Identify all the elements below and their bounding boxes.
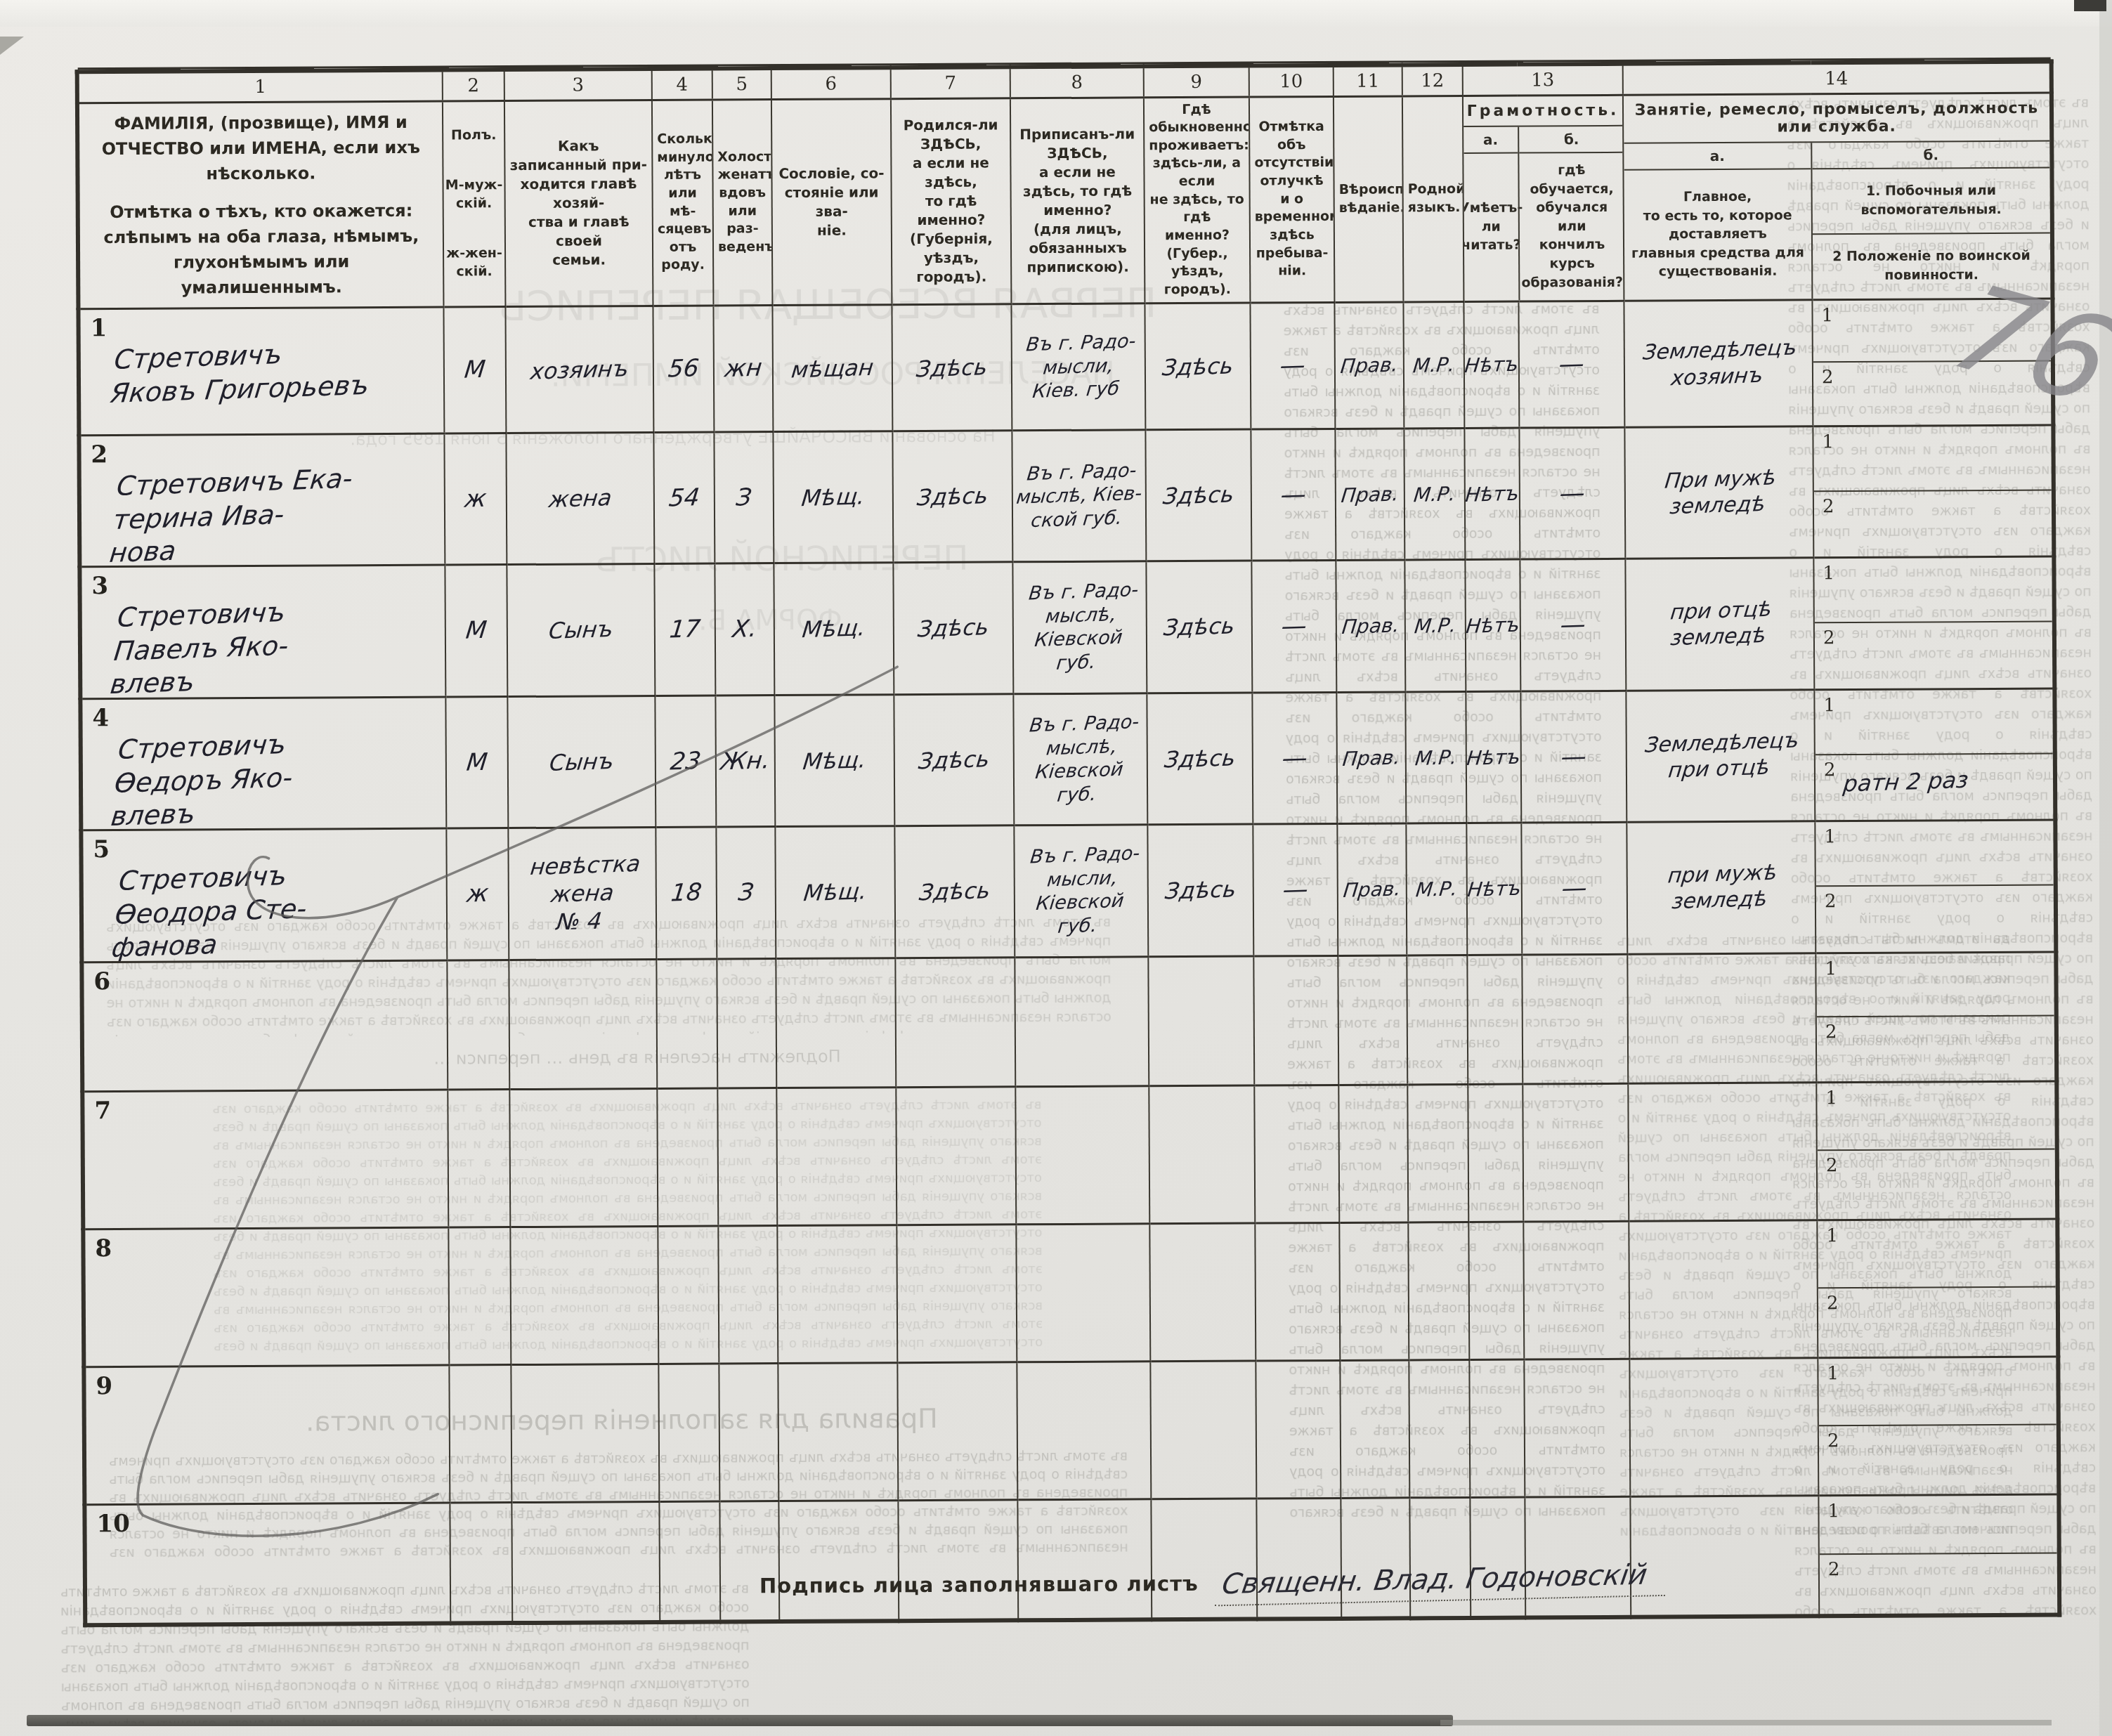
cell-occupation: при мужѣ земледѣ <box>1627 821 1816 954</box>
cell-occupation <box>1627 953 1816 1083</box>
cell-religion <box>1338 955 1407 1085</box>
cell-sex: М <box>445 696 508 828</box>
cell-born: Здѣсь <box>894 825 1015 958</box>
cell-registered: Въ г. Радо- мыслѣ, Кіевской губ. <box>1013 693 1147 825</box>
cell-language: М.Р. <box>1406 823 1467 955</box>
sub-row-label: 2 <box>1824 759 1836 781</box>
column-number: 14 <box>1624 67 2049 90</box>
cell-language <box>1407 955 1468 1084</box>
military-status-subcell: 2 <box>1814 490 2052 556</box>
person-name: Стретовичъ Павелъ Яко- влевъ <box>79 590 445 698</box>
cell-estate <box>776 958 896 1088</box>
cell-marital <box>719 1363 778 1501</box>
sub-row-label: 2 <box>1823 627 1835 648</box>
column-number: 1 <box>79 75 442 98</box>
cell-sex <box>448 1227 511 1364</box>
secondary-occupation-subcell: 1 <box>1818 1220 2056 1288</box>
cell-age <box>656 959 717 1088</box>
cell-resides <box>1149 1085 1255 1224</box>
header-religion-column: Вѣроиспо- вѣданіе. <box>1335 178 1402 220</box>
secondary-occupation-subcell: 1 <box>1816 821 2053 887</box>
sub-row-label: 2 <box>1827 1430 1839 1451</box>
cell-sex: ж <box>444 433 507 564</box>
column-number: 4 <box>653 74 712 95</box>
census-table-header: 1 2 3 4 5 6 7 8 9 10 11 12 13 14 ФАМИЛІЯ… <box>77 62 2053 309</box>
person-name: Стретовичъ Ека- терина Ива- нова <box>79 459 445 567</box>
secondary-occupation-subcell: 1 <box>1815 689 2052 755</box>
cell-estate: Мѣщ. <box>773 431 893 563</box>
cell-religion <box>1340 1360 1409 1498</box>
header-relation-column: Какъ записанный при- ходится главѣ хозяй… <box>505 133 652 273</box>
cell-sex <box>449 1364 511 1502</box>
cell-absence <box>1254 1085 1339 1223</box>
cell-estate: мѣщан <box>772 304 892 431</box>
sub-row-label: 2 <box>1826 1155 1838 1176</box>
sub-row-label: 2 <box>1822 367 1834 388</box>
column-number: 13 <box>1464 70 1622 91</box>
cell-age: 54 <box>653 432 715 563</box>
cell-absence <box>1256 1360 1341 1499</box>
cell-absence: — <box>1250 302 1335 429</box>
cell-registered <box>1016 1223 1150 1362</box>
header-name-column: ФАМИЛІЯ, (прозвище), ИМЯ и ОТЧЕСТВО или … <box>79 105 443 305</box>
cell-reads <box>1468 1222 1524 1359</box>
header-literacy-education: гдѣ обучается, обучался или кончилъ курс… <box>1519 152 1624 300</box>
cell-edu: — <box>1521 822 1627 954</box>
cell-reads <box>1467 955 1523 1084</box>
cell-sex: М <box>445 565 507 696</box>
sub-row-label: 2 <box>1823 496 1834 517</box>
military-status-subcell: 2 <box>1818 1288 2056 1357</box>
cell-age <box>657 1088 718 1226</box>
header-residence-column: Гдѣ обыкновенно проживаетъ: здѣсь-ли, а … <box>1145 98 1250 302</box>
header-text: Полъ. <box>445 126 502 145</box>
header-birthplace-column: Родился-ли ЗДѢСЬ, а если не здѣсь, то гд… <box>892 112 1010 289</box>
cell-relation: невѣстка жена № 4 <box>508 828 656 960</box>
header-occupation-main: Главное, то есть то, которое доставляетъ… <box>1624 169 1811 299</box>
cell-absence: — <box>1251 560 1336 692</box>
cell-resides: Здѣсь <box>1146 561 1252 693</box>
cell-language <box>1407 1084 1468 1222</box>
cell-age: 18 <box>656 827 717 958</box>
census-row: 2Стретовичъ Ека- терина Ива- новажжена54… <box>79 425 2054 567</box>
sub-row-label: 1 <box>1821 305 1833 326</box>
signature-row: Подпись лица заполнявшаго листъ Священн.… <box>760 1569 1667 1605</box>
census-row: 612 <box>82 952 2056 1092</box>
sub-row-label: 2 <box>1825 1022 1837 1043</box>
header-estate-column: Сословіе, со- стояніе или зва- ніе. <box>772 161 891 243</box>
cell-age: 17 <box>654 563 715 695</box>
cell-sex <box>447 960 509 1089</box>
cell-language <box>1408 1222 1469 1359</box>
cell-marital: жн <box>713 305 773 431</box>
cell-born <box>897 1362 1017 1500</box>
column-number: 11 <box>1334 70 1402 92</box>
sub-row-label: 1 <box>1825 1088 1837 1109</box>
sub-row-label: 1 <box>1824 826 1836 847</box>
military-status-subcell: 2 <box>1817 1017 2054 1081</box>
column-number: 8 <box>1011 72 1143 93</box>
cell-marital: З <box>714 431 774 563</box>
header-age-column: Сколько минуло лѣтъ или мѣ- сяцевъ отъ р… <box>653 128 712 278</box>
cell-estate: Мѣщ. <box>774 563 894 695</box>
census-row: 4Стретовичъ Ѳедоръ Яко- влевъМСынъ23Жн.М… <box>80 688 2055 830</box>
cell-relation: Сынъ <box>507 564 655 697</box>
cell-age <box>658 1226 719 1364</box>
scanned-census-sheet: ПЕРВАЯ ВСЕОБЩАЯ ПЕРЕПИСЬ НАСЕЛЕНІЯ РОССІ… <box>0 0 2112 1736</box>
census-row: 3Стретовичъ Павелъ Яко- влевъМСынъ17Х.Мѣ… <box>79 556 2054 698</box>
cell-sex <box>450 1502 512 1621</box>
census-form-table: 1 2 3 4 5 6 7 8 9 10 11 12 13 14 ФАМИЛІЯ… <box>75 60 2062 1628</box>
sub-row-label: 1 <box>1827 1363 1839 1384</box>
cell-language: М.Р. <box>1405 691 1466 823</box>
cell-relation: жена <box>506 432 654 565</box>
header-text: Отмѣтка о тѣхъ, кто окажется: слѣпымъ на… <box>90 197 434 301</box>
cell-occupation: при отцѣ земледѣ <box>1625 558 1814 691</box>
census-row: 1012 <box>84 1494 2059 1626</box>
cell-born: Здѣсь <box>892 430 1012 562</box>
header-sub-label-a: а. <box>1464 126 1518 153</box>
column-header-row: ФАМИЛІЯ, (прозвище), ИМЯ и ОТЧЕСТВО или … <box>77 93 2052 309</box>
column-number: 5 <box>713 74 771 95</box>
cell-age: 23 <box>655 696 716 827</box>
cell-edu <box>1522 954 1628 1084</box>
census-row: 912 <box>84 1357 2059 1505</box>
sheet-content: ПЕРВАЯ ВСЕОБЩАЯ ПЕРЕПИСЬ НАСЕЛЕНІЯ РОССІ… <box>0 0 2112 1736</box>
sub-row-label: 1 <box>1825 958 1837 979</box>
row-number: 9 <box>86 1366 448 1400</box>
header-text: ФАМИЛІЯ, (прозвище), ИМЯ и ОТЧЕСТВО или … <box>102 112 420 183</box>
cell-edu <box>1524 1359 1630 1497</box>
cell-registered <box>1017 1361 1151 1499</box>
sub-row-label: 2 <box>1827 1293 1839 1314</box>
cell-marital <box>717 1088 777 1225</box>
cell-born <box>896 1086 1016 1225</box>
cell-estate <box>777 1225 897 1363</box>
cell-estate: Мѣщ. <box>775 826 895 958</box>
header-occupation-secondary: 1. Побочныя или вспомогательныя. <box>1812 168 2050 235</box>
secondary-occupation-subcell: 1 <box>1814 558 2052 624</box>
cell-language: М.Р. <box>1403 301 1464 428</box>
cell-relation <box>510 1226 658 1364</box>
cell-language: М.Р. <box>1404 428 1465 559</box>
cell-relation <box>509 1088 658 1227</box>
cell-edu: — <box>1520 559 1626 691</box>
column-number: 6 <box>772 73 890 95</box>
cell-sex: ж <box>446 828 509 960</box>
scan-bottom-shadow <box>1440 1720 2052 1725</box>
cell-reads: Нѣтъ <box>1464 428 1520 559</box>
row-number: 6 <box>84 961 446 996</box>
header-marital-column: Холостъ, женатъ, вдовъ или раз- веденъ. <box>713 145 771 259</box>
cell-estate <box>776 1087 897 1225</box>
cell-resides: Здѣсь <box>1147 693 1253 825</box>
header-sub-label-b: б. <box>1519 126 1624 153</box>
header-literacy-read: Умѣетъ- ли читать? <box>1464 153 1518 300</box>
cell-relation <box>509 959 657 1089</box>
military-status-subcell: 2 <box>1820 1554 2057 1614</box>
header-absence-column: Отмѣтка объ отсутствіи, отлучкѣ и о врем… <box>1250 115 1334 283</box>
cell-resides: Здѣсь <box>1145 429 1251 561</box>
cell-reads <box>1468 1084 1523 1222</box>
cell-resides: Здѣсь <box>1147 824 1253 956</box>
military-status-subcell: 2ратн 2 раз <box>1816 754 2053 820</box>
cell-resides <box>1149 1223 1256 1362</box>
person-name: Стретовичъ Ѳеодора Сте- фанова <box>81 854 447 962</box>
sub-row-label: 1 <box>1823 695 1835 716</box>
header-occupation-title: Занятіе, ремесло, промыселъ, должность и… <box>1624 93 2049 143</box>
cell-registered: Въ г. Радо- мысли, Кіев. губ <box>1011 303 1145 430</box>
sub-row-label: 1 <box>1823 563 1834 584</box>
cell-reads <box>1469 1359 1525 1497</box>
cell-religion: Прав. <box>1336 692 1406 824</box>
secondary-occupation-subcell: 1 <box>1818 1357 2056 1426</box>
cell-absence <box>1253 955 1338 1085</box>
cell-religion: Прав. <box>1336 560 1405 692</box>
signature-label: Подпись лица заполнявшаго листъ <box>760 1572 1199 1598</box>
sub-row-label: 1 <box>1826 1225 1838 1246</box>
column-number: 3 <box>505 74 651 96</box>
cell-marital: Х. <box>715 563 774 695</box>
cell-religion: Прав. <box>1335 429 1404 561</box>
row-number: 10 <box>86 1503 449 1538</box>
header-sex-column: Полъ.М-муж- скій.ж-жен- скій. <box>443 119 504 288</box>
header-registration-column: Приписанъ-ли ЗДѢСЬ, а если не здѣсь, то … <box>1011 122 1144 280</box>
cell-sex: М <box>443 306 506 433</box>
cell-absence: — <box>1253 823 1338 955</box>
cell-age <box>658 1364 719 1501</box>
header-literacy-column: Грамотность. а. Умѣетъ- ли читать? б. гд… <box>1464 96 1624 300</box>
cell-registered: Въ г. Радо- мысли, Кіевской губ. <box>1014 825 1148 957</box>
secondary-occupation-subcell: 1 <box>1813 426 2051 492</box>
column-number: 10 <box>1250 71 1333 93</box>
cell-born: Здѣсь <box>892 304 1012 431</box>
cell-registered: Въ г. Радо- мыслѣ, Кіев- ской губ. <box>1012 429 1146 561</box>
cell-absence: — <box>1251 429 1336 561</box>
header-sub-label-a: а. <box>1624 143 1811 170</box>
cell-edu <box>1523 1083 1629 1222</box>
cell-occupation: Земледѣлецъ при отцѣ <box>1626 689 1815 822</box>
cell-resides: Здѣсь <box>1145 303 1251 430</box>
census-row: 812 <box>83 1219 2058 1367</box>
cell-sex <box>448 1089 510 1227</box>
cell-military: ратн 2 раз <box>1842 766 1970 798</box>
cell-religion <box>1338 1085 1408 1222</box>
cell-relation <box>511 1364 659 1502</box>
header-language-column: Родной языкъ. <box>1404 178 1463 220</box>
cell-religion: Прав. <box>1337 823 1407 955</box>
header-text: М-муж- скій. <box>445 176 502 213</box>
cell-occupation: При мужѣ земледѣ <box>1624 426 1813 559</box>
cell-language <box>1409 1359 1470 1497</box>
sub-row-label: 2 <box>1825 891 1837 912</box>
cell-born <box>897 1224 1017 1362</box>
cell-occupation <box>1629 1220 1818 1358</box>
header-sub-label-b: б. <box>1812 141 2049 169</box>
cell-occupation <box>1629 1357 1818 1496</box>
secondary-occupation-subcell: 1 <box>1816 953 2054 1017</box>
cell-edu: — <box>1520 691 1627 823</box>
cell-registered <box>1015 956 1149 1086</box>
cell-edu: — <box>1518 301 1624 428</box>
column-number: 2 <box>443 75 504 96</box>
cell-relation <box>511 1501 660 1623</box>
cell-born: Здѣсь <box>893 562 1013 694</box>
census-row: 5Стретовичъ Ѳеодора Сте- фановажневѣстка… <box>81 820 2056 962</box>
cell-relation: хозяинъ <box>505 306 653 433</box>
cell-religion: Прав. <box>1334 302 1404 429</box>
column-number: 12 <box>1403 70 1462 91</box>
cell-absence: — <box>1252 692 1337 824</box>
person-name: Стретовичъ Ѳедоръ Яко- влевъ <box>80 722 446 830</box>
military-status-subcell: 2 <box>1819 1425 2057 1494</box>
cell-estate <box>778 1362 898 1501</box>
cell-resides <box>1148 956 1254 1086</box>
cell-estate: Мѣщ. <box>774 694 894 826</box>
cell-absence <box>1255 1222 1340 1361</box>
cell-marital <box>717 958 776 1088</box>
scan-bottom-shadow <box>27 1715 1453 1726</box>
sub-row-label: 2 <box>1828 1559 1840 1580</box>
column-number: 9 <box>1145 71 1249 93</box>
cell-resides <box>1150 1361 1256 1499</box>
military-status-subcell: 2 <box>1818 1150 2056 1219</box>
column-number: 7 <box>892 72 1010 94</box>
cell-marital <box>718 1225 778 1363</box>
cell-born: Здѣсь <box>894 693 1014 825</box>
military-status-subcell: 2 <box>1815 622 2052 688</box>
sub-row-label: 1 <box>1827 1501 1839 1522</box>
cell-reads: Нѣтъ <box>1464 301 1519 428</box>
cell-age: 56 <box>653 306 714 432</box>
row-number: 7 <box>84 1090 447 1125</box>
cell-marital: З <box>716 827 776 958</box>
header-text: ж-жен- скій. <box>445 244 503 281</box>
cell-registered <box>1015 1085 1149 1224</box>
census-row: 1Стретовичъ Яковъ ГригорьевъМхозяинъ56жн… <box>78 299 2053 436</box>
military-status-subcell: 2 <box>1816 886 2054 952</box>
secondary-occupation-subcell: 1 <box>1817 1082 2055 1151</box>
cell-edu: — <box>1519 427 1625 559</box>
cell-language: М.Р. <box>1404 560 1466 691</box>
header-literacy-title: Грамотность. <box>1464 96 1622 126</box>
cell-relation: Сынъ <box>507 696 656 828</box>
cell-reads: Нѣтъ <box>1466 823 1522 955</box>
cell-marital: Жн. <box>715 695 775 826</box>
cell-age <box>659 1501 720 1621</box>
row-number: 8 <box>85 1228 448 1262</box>
cell-born <box>895 957 1015 1087</box>
cell-reads: Нѣтъ <box>1466 691 1521 823</box>
census-table-body: 1Стретовичъ Яковъ ГригорьевъМхозяинъ56жн… <box>78 299 2059 1626</box>
cell-religion <box>1339 1222 1409 1360</box>
scan-edge-artifact <box>2074 0 2106 11</box>
cell-reads: Нѣтъ <box>1465 560 1520 691</box>
cell-occupation <box>1628 1082 1817 1220</box>
sub-row-label: 1 <box>1822 431 1834 452</box>
secondary-occupation-subcell: 1 <box>1819 1495 2056 1555</box>
cell-occupation: Земледѣлецъ хозяинъ <box>1624 299 1813 426</box>
census-row: 712 <box>82 1081 2057 1229</box>
cell-registered: Въ г. Радо- мыслѣ, Кіевской губ. <box>1012 561 1147 693</box>
person-name: Стретовичъ Яковъ Григорьевъ <box>78 332 444 411</box>
cell-edu <box>1523 1221 1629 1359</box>
